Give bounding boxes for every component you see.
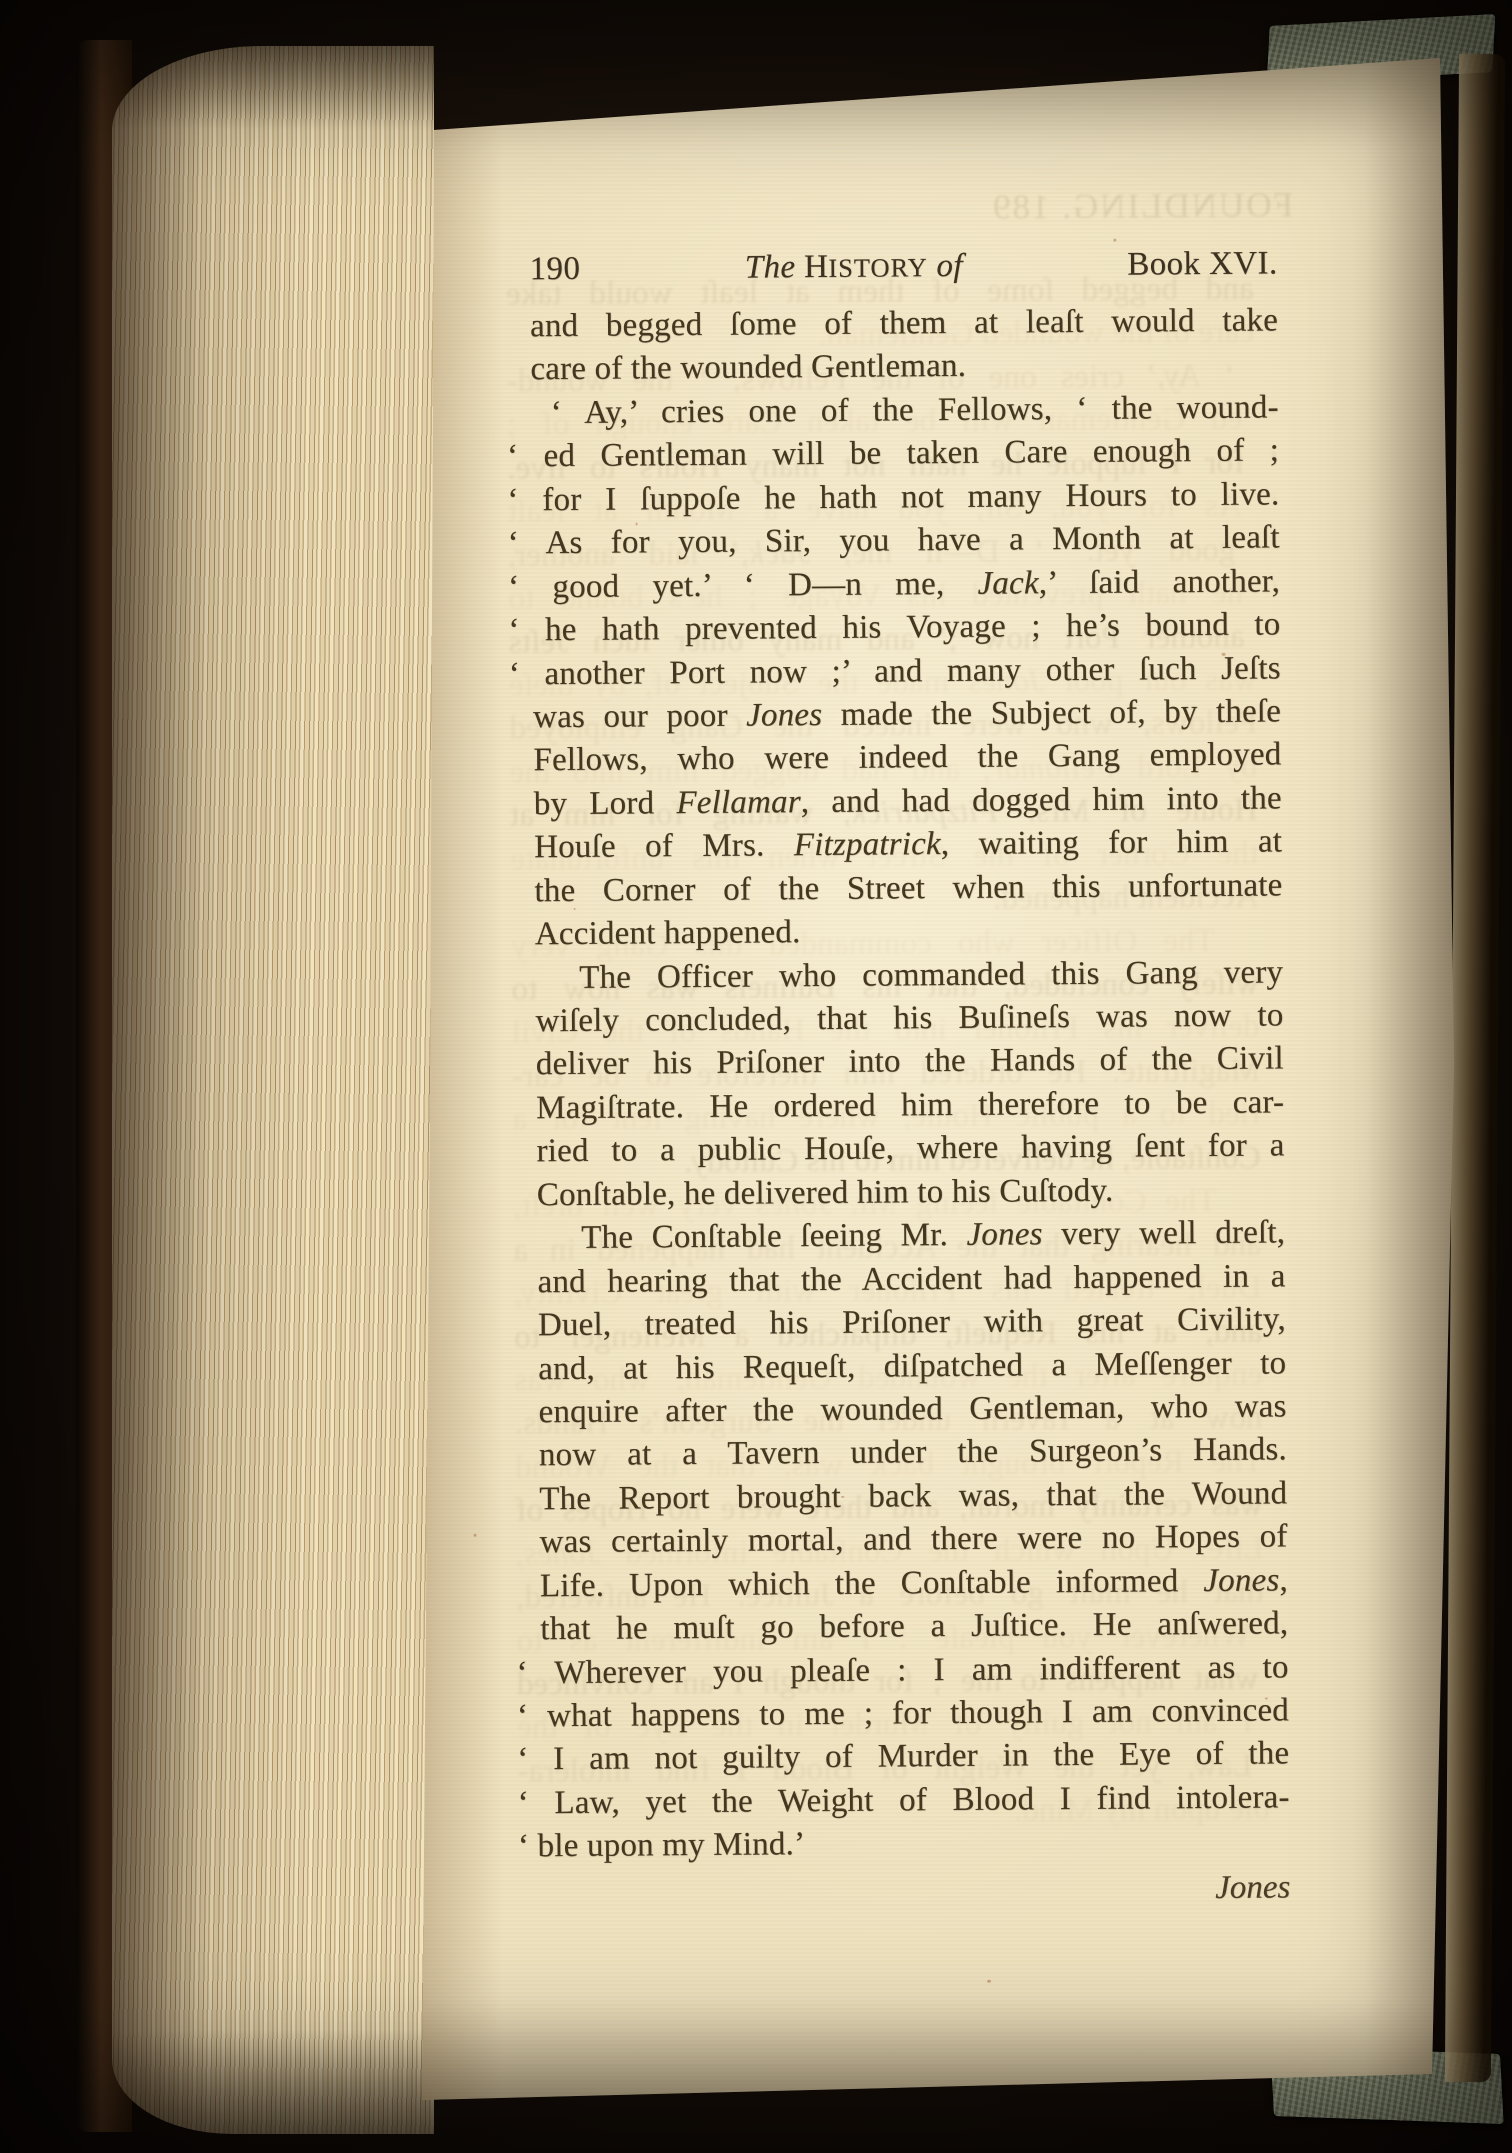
page-content: FOUNDLING. 189 and begged ſome of them a…	[410, 40, 1490, 2130]
paper-fleck	[987, 1980, 991, 1983]
book-page: FOUNDLING. 189 and begged ſome of them a…	[418, 44, 1482, 2126]
text-line: The Conſtable ſeeing Mr. Jones very well…	[513, 1212, 1285, 1261]
text-run: very well dreſt,	[1042, 1215, 1285, 1253]
text-run: ‘ what happens to me ; for though I am c…	[517, 1692, 1289, 1734]
text-line: that he muſt go before a Juſtice. He anſ…	[516, 1602, 1288, 1651]
paper-fleck	[474, 1534, 477, 1537]
text-run: and, at his Requeſt, diſpatched a Meſſen…	[538, 1345, 1286, 1387]
text-run: , waiting for him at	[941, 824, 1283, 863]
text-line: and begged ſome of them at leaſt would t…	[506, 299, 1278, 348]
text-run: Houſe of Mrs.	[534, 827, 794, 865]
text-run: ried to a public Houſe, where having ſen…	[536, 1128, 1284, 1170]
paper-fleck	[1222, 653, 1226, 656]
text-run: and hearing that the Accident had happen…	[537, 1258, 1285, 1300]
text-line: ‘ Law, yet the Weight of Blood I find in…	[517, 1776, 1289, 1825]
text-line: The Report brought back was, that the Wo…	[515, 1472, 1287, 1521]
text-run: Jack	[977, 565, 1039, 601]
text-run: Duel, treated his Priſoner with great Ci…	[538, 1301, 1286, 1343]
text-run: ‘ he hath prevented his Voyage ; he’s bo…	[508, 606, 1280, 648]
text-run: The Conſtable ſeeing Mr.	[581, 1217, 967, 1256]
body-text: and begged ſome of them at leaſt would t…	[506, 299, 1290, 1869]
text-run: Accident happened.	[535, 914, 801, 952]
text-line: ‘ Ay,’ cries one of the Fellows, ‘ the w…	[507, 386, 1279, 435]
text-run: wiſely concluded, that his Buſineſs was …	[535, 997, 1283, 1039]
text-run: was our poor	[533, 698, 746, 736]
text-run: and begged ſome of them at leaſt would t…	[530, 302, 1278, 344]
text-line: ‘ I am not guilty of Murder in the Eye o…	[517, 1733, 1289, 1782]
page-number: 190	[529, 251, 580, 288]
text-run: ISTORY	[828, 252, 928, 283]
text-run: deliver his Priſoner into the Hands of t…	[536, 1041, 1284, 1083]
text-run: ‘ Ay,’ cries one of the Fellows, ‘ the w…	[551, 389, 1279, 431]
text-run: that he muſt go before a Juſtice. He anſ…	[540, 1605, 1288, 1647]
text-line: the Corner of the Street when this unfor…	[510, 864, 1282, 913]
text-run: ‘ I am not guilty of Murder in the Eye o…	[517, 1736, 1289, 1778]
text-run: Magiſtrate. He ordered him therefore to …	[536, 1084, 1284, 1126]
text-run: H	[804, 249, 829, 285]
paper-fleck	[636, 522, 638, 525]
text-run: was certainly mortal, and there were no …	[539, 1519, 1287, 1561]
text-line: enquire after the wounded Gentleman, who…	[514, 1385, 1286, 1434]
text-run: The Officer who commanded this Gang very	[579, 954, 1283, 996]
text-run: ,’ ſaid another,	[1039, 563, 1281, 601]
gutter-pages-edge	[1445, 54, 1505, 2082]
text-line: was certainly mortal, and there were no …	[515, 1516, 1287, 1565]
text-run: ‘ Wherever you pleaſe : I am indifferent…	[516, 1649, 1288, 1691]
text-line: Conſtable, he delivered him to his Cuſto…	[513, 1168, 1285, 1217]
text-line: ‘ Wherever you pleaſe : I am indifferent…	[516, 1646, 1288, 1695]
text-run: Fellamar	[676, 784, 801, 821]
paper-fleck	[1265, 1698, 1268, 1700]
text-run: Fellows, who were indeed the Gang employ…	[533, 737, 1281, 779]
text-run: Conſtable, he delivered him to his Cuſto…	[537, 1172, 1114, 1213]
text-line: Houſe of Mrs. Fitzpatrick, waiting for h…	[510, 821, 1282, 870]
text-run: ‘ ble upon my Mind.’	[518, 1826, 806, 1864]
text-run: ‘ another Port now ;’ and many other ſuc…	[509, 650, 1281, 692]
text-run: of	[936, 248, 963, 284]
text-run: ‘ ed Gentleman will be taken Care enough…	[507, 433, 1279, 475]
text-line: Life. Upon which the Conſtable informed …	[516, 1559, 1288, 1608]
text-run: made the Subject of, by theſe	[822, 693, 1281, 733]
text-run: the Corner of the Street when this unfor…	[534, 867, 1282, 909]
text-run: enquire after the wounded Gentleman, who…	[538, 1388, 1286, 1430]
book-photo-scene: FOUNDLING. 189 and begged ſome of them a…	[0, 0, 1512, 2153]
text-line: ‘ ble upon my Mind.’	[518, 1820, 1290, 1869]
text-run	[928, 248, 937, 284]
text-line: and hearing that the Accident had happen…	[513, 1255, 1285, 1304]
text-line: ‘ another Port now ;’ and many other ſuc…	[509, 647, 1281, 696]
text-run: now at a Tavern under the Surgeon’s Hand…	[539, 1432, 1287, 1474]
paper-fleck	[574, 908, 576, 910]
text-run: The	[745, 249, 805, 285]
text-line: ‘ good yet.’ ‘ D—n me, Jack,’ ſaid anoth…	[508, 560, 1280, 609]
text-line: by Lord Fellamar, and had dogged him int…	[510, 777, 1282, 826]
text-line: wiſely concluded, that his Buſineſs was …	[511, 994, 1283, 1043]
text-line: ried to a public Houſe, where having ſen…	[512, 1125, 1284, 1174]
text-run: Jones	[746, 697, 822, 734]
text-line: Fellows, who were indeed the Gang employ…	[509, 734, 1281, 783]
text-line: and, at his Requeſt, diſpatched a Meſſen…	[514, 1342, 1286, 1391]
text-run: ‘ for I ſuppoſe he hath not many Hours t…	[507, 476, 1279, 518]
book-number-label: Book XVI.	[1127, 245, 1278, 283]
running-title: The HISTORY of	[745, 248, 963, 287]
page-header: 190 The HISTORY of Book XVI.	[529, 245, 1277, 288]
text-line: now at a Tavern under the Surgeon’s Hand…	[515, 1429, 1287, 1478]
text-line: ‘ what happens to me ; for though I am c…	[517, 1689, 1289, 1738]
text-run: Jones	[966, 1216, 1042, 1253]
text-run: Fitzpatrick	[794, 826, 941, 863]
text-line: was our poor Jones made the Subject of, …	[509, 690, 1281, 739]
text-line: Accident happened.	[511, 908, 1283, 957]
text-line: deliver his Priſoner into the Hands of t…	[512, 1038, 1284, 1087]
text-run: , and had dogged him into the	[801, 780, 1282, 820]
paper-fleck	[841, 1496, 844, 1498]
paper-fleck	[1113, 239, 1116, 242]
page-stack-fore-edges	[112, 46, 434, 2134]
text-run: Life. Upon which the Conſtable informed	[540, 1563, 1204, 1604]
text-line: ‘ ed Gentleman will be taken Care enough…	[507, 430, 1279, 479]
text-line: The Officer who commanded this Gang very	[511, 951, 1283, 1000]
bleedthrough-header-ghost: FOUNDLING. 189	[593, 185, 1293, 230]
text-run: by Lord	[534, 785, 677, 822]
text-line: care of the wounded Gentleman.	[506, 343, 1278, 392]
text-run: ‘ As for you, Sir, you have a Month at l…	[508, 520, 1280, 562]
text-run: The Report brought back was, that the Wo…	[539, 1475, 1287, 1517]
text-line: ‘ As for you, Sir, you have a Month at l…	[508, 517, 1280, 566]
text-run: ‘ Law, yet the Weight of Blood I find in…	[517, 1779, 1289, 1821]
text-line: Duel, treated his Priſoner with great Ci…	[514, 1298, 1286, 1347]
text-run: ‘ good yet.’ ‘ D—n me,	[508, 565, 978, 605]
text-run: care of the wounded Gentleman.	[530, 348, 966, 387]
text-line: Magiſtrate. He ordered him therefore to …	[512, 1081, 1284, 1130]
text-run: ,	[1279, 1562, 1288, 1598]
text-line: ‘ he hath prevented his Voyage ; he’s bo…	[508, 603, 1280, 652]
text-run: Jones	[1203, 1562, 1279, 1599]
catchword: Jones	[542, 1869, 1290, 1912]
text-line: ‘ for I ſuppoſe he hath not many Hours t…	[507, 473, 1279, 522]
